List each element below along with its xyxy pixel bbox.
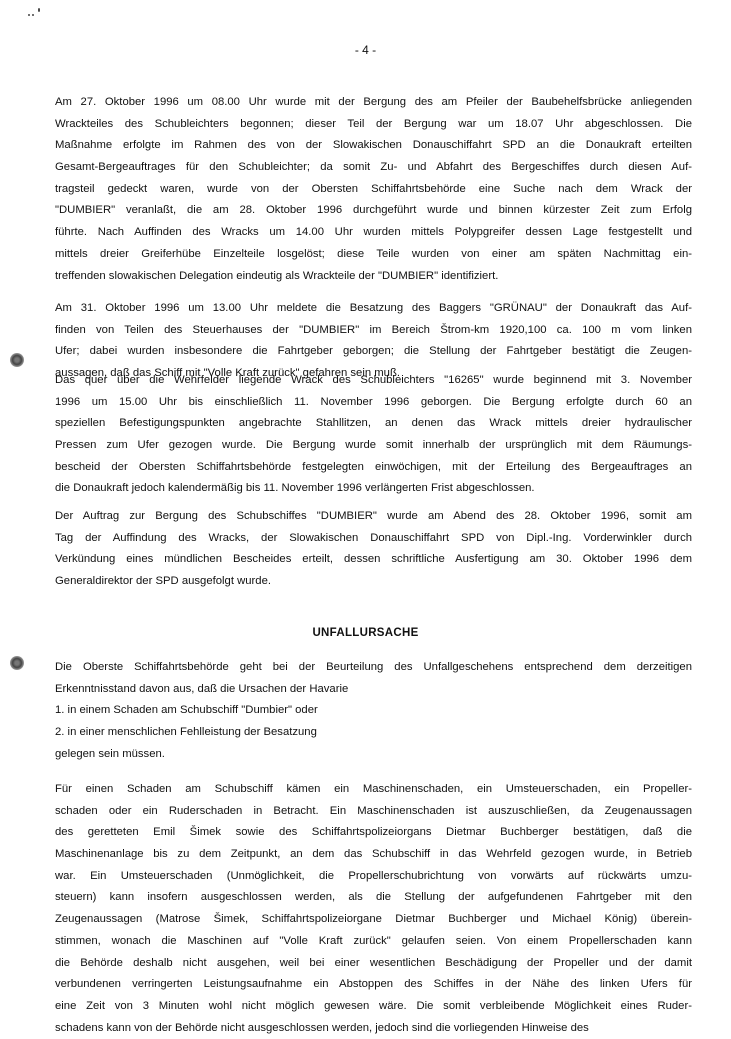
page-number: - 4 - xyxy=(0,43,731,57)
text-line: des geretteten Emil Šimek sowie des Schi… xyxy=(55,822,692,844)
text-line: Tag der Auffindung des Wracks, der Slowa… xyxy=(55,528,692,550)
text-line: Die Oberste Schiffahrtsbehörde geht bei … xyxy=(55,657,692,679)
text-line: Der Auftrag zur Bergung des Schubschiffe… xyxy=(55,506,692,528)
scan-speck xyxy=(32,14,34,16)
text-line: Gesamt-Bergeauftrages für den Schubleich… xyxy=(55,157,692,179)
text-line: die Donaukraft jedoch kalendermäßig bis … xyxy=(55,478,692,500)
scan-speck xyxy=(28,14,30,16)
text-line: mittels dreier Greiferhübe Einzelteile l… xyxy=(55,244,692,266)
text-line: schaden oder ein Ruderschaden in Betrach… xyxy=(55,801,692,823)
text-line: Ufer; dabei wurden insbesondere die Fahr… xyxy=(55,341,692,363)
text-line: Generaldirektor der SPD ausgefolgt wurde… xyxy=(55,571,692,593)
paragraph-recovery-wreck-parts: Am 27. Oktober 1996 um 08.00 Uhr wurde m… xyxy=(55,92,692,287)
text-line: treffenden slowakischen Delegation einde… xyxy=(55,266,692,288)
text-line: Pressen zum Ufer gezogen wurde. Die Berg… xyxy=(55,435,692,457)
text-line: Maschinenanlage bis zu dem Zeitpunkt, an… xyxy=(55,844,692,866)
punch-hole-icon xyxy=(10,656,24,670)
text-line: 1996 um 15.00 Uhr bis einschließlich 11.… xyxy=(55,392,692,414)
text-line: Für einen Schaden am Schubschiff kämen e… xyxy=(55,779,692,801)
text-line: finden von Teilen des Steuerhauses der "… xyxy=(55,320,692,342)
text-line: war. Ein Umsteuerschaden (Unmöglichkeit,… xyxy=(55,866,692,888)
text-line: "DUMBIER" veranlaßt, die am 28. Oktober … xyxy=(55,200,692,222)
text-line: verbundenen verringerten Leistungsaufnah… xyxy=(55,974,692,996)
text-line: stimmen, wonach die Maschinen auf "Volle… xyxy=(55,931,692,953)
text-line: Am 27. Oktober 1996 um 08.00 Uhr wurde m… xyxy=(55,92,692,114)
text-line: gelegen sein müssen. xyxy=(55,744,692,766)
punch-hole-icon xyxy=(10,353,24,367)
scan-speck xyxy=(38,8,40,12)
text-line: Maßnahme erfolgte im Rahmen des von der … xyxy=(55,135,692,157)
paragraph-damage-analysis: Für einen Schaden am Schubschiff kämen e… xyxy=(55,779,692,1039)
section-heading: UNFALLURSACHE xyxy=(0,627,731,639)
paragraph-barge-recovery: Das quer über die Wehrfelder liegende Wr… xyxy=(55,370,692,500)
text-line: Am 31. Oktober 1996 um 13.00 Uhr meldete… xyxy=(55,298,692,320)
text-line: speziellen Befestigungspunkten angebrach… xyxy=(55,413,692,435)
text-line: 1. in einem Schaden am Schubschiff "Dumb… xyxy=(55,700,692,722)
text-line: bescheid der Obersten Schiffahrtsbehörde… xyxy=(55,457,692,479)
paragraph-accident-causes: Die Oberste Schiffahrtsbehörde geht bei … xyxy=(55,657,692,765)
paragraph-salvage-order: Der Auftrag zur Bergung des Schubschiffe… xyxy=(55,506,692,593)
text-line: die Behörde deshalb nicht ausgehen, weil… xyxy=(55,953,692,975)
text-line: führte. Nach Auffinden des Wracks um 14.… xyxy=(55,222,692,244)
text-line: schadens kann von der Behörde nicht ausg… xyxy=(55,1018,692,1039)
text-line: eine Zeit von 3 Minuten wohl nicht mögli… xyxy=(55,996,692,1018)
text-line: Verkündung eines mündlichen Bescheides e… xyxy=(55,549,692,571)
text-line: Das quer über die Wehrfelder liegende Wr… xyxy=(55,370,692,392)
text-line: Zeugenaussagen (Matrose Šimek, Schiffahr… xyxy=(55,909,692,931)
text-line: Wrackteiles des Schubleichters begonnen;… xyxy=(55,114,692,136)
text-line: steuern) kann insofern ausgeschlossen we… xyxy=(55,887,692,909)
text-line: 2. in einer menschlichen Fehlleistung de… xyxy=(55,722,692,744)
text-line: Erkenntnisstand davon aus, daß die Ursac… xyxy=(55,679,692,701)
text-line: tragsteil gedeckt waren, wurde von der O… xyxy=(55,179,692,201)
